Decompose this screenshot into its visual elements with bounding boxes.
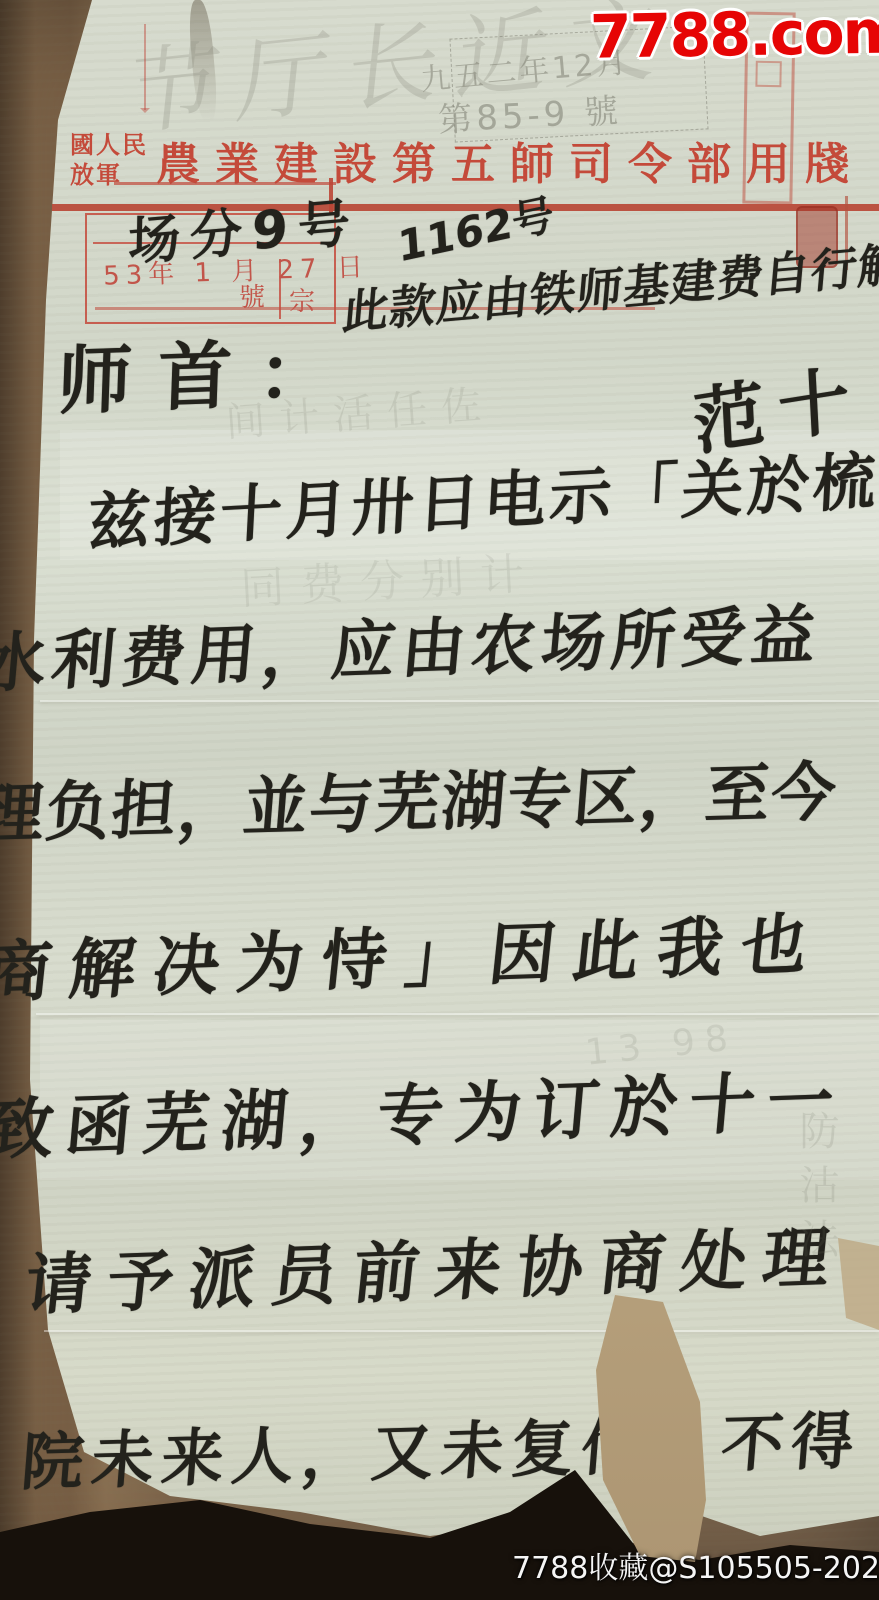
site-logo-watermark: 7788.com [589,0,879,73]
paper-crease [40,700,879,702]
stamp-label-zong: 宗 [289,281,315,318]
letterhead-org-bottom: 放軍 [70,160,148,190]
letterhead-org-prefix: 國人民 放軍 [70,130,148,190]
paper-crease [44,1330,879,1332]
paper-crease [36,1013,879,1015]
collection-credit-watermark: 7788收藏@S105505-2021.05.19 [512,1543,879,1587]
stamp-label-hao: 號 [239,277,265,314]
letterhead-org-top: 國人民 [70,130,148,160]
ghost-showthrough-vertical: 防沽法 [788,1110,845,1272]
faint-red-arrow [144,24,146,110]
photo-of-document: 节厅长近文 九五二年12月 第85-9 號 國人民 放軍 農業建設第五師司令部用… [0,0,879,1600]
